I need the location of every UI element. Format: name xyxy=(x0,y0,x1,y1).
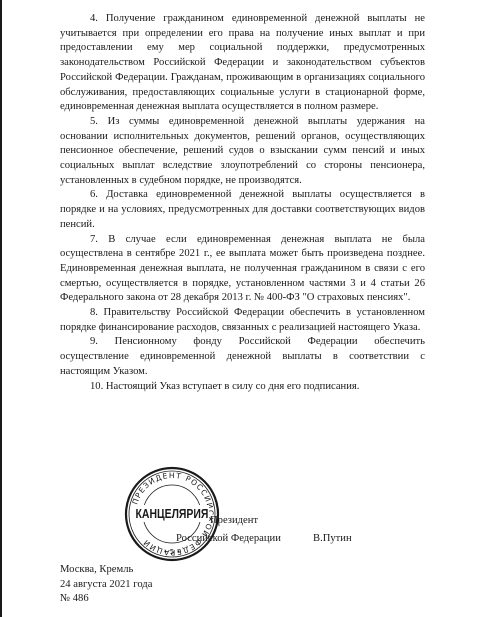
signatory-name: В.Путин xyxy=(313,532,352,546)
signing-place: Москва, Кремль xyxy=(60,563,152,578)
signature-block: Президент Российской Федерации В.Путин П… xyxy=(0,0,482,617)
signing-date: 24 августа 2021 года xyxy=(60,578,152,593)
svg-text:• 5 •: • 5 • xyxy=(163,548,180,556)
svg-text:КАНЦЕЛЯРИЯ: КАНЦЕЛЯРИЯ xyxy=(136,506,209,522)
place-date-number: Москва, Кремль 24 августа 2021 года № 48… xyxy=(60,563,152,607)
decree-number: № 486 xyxy=(60,592,152,607)
official-stamp-icon: ПРЕЗИДЕНТ РОССИЙСКОЙ ФЕДЕРАЦИИ КАНЦЕЛЯРИ… xyxy=(124,466,220,562)
